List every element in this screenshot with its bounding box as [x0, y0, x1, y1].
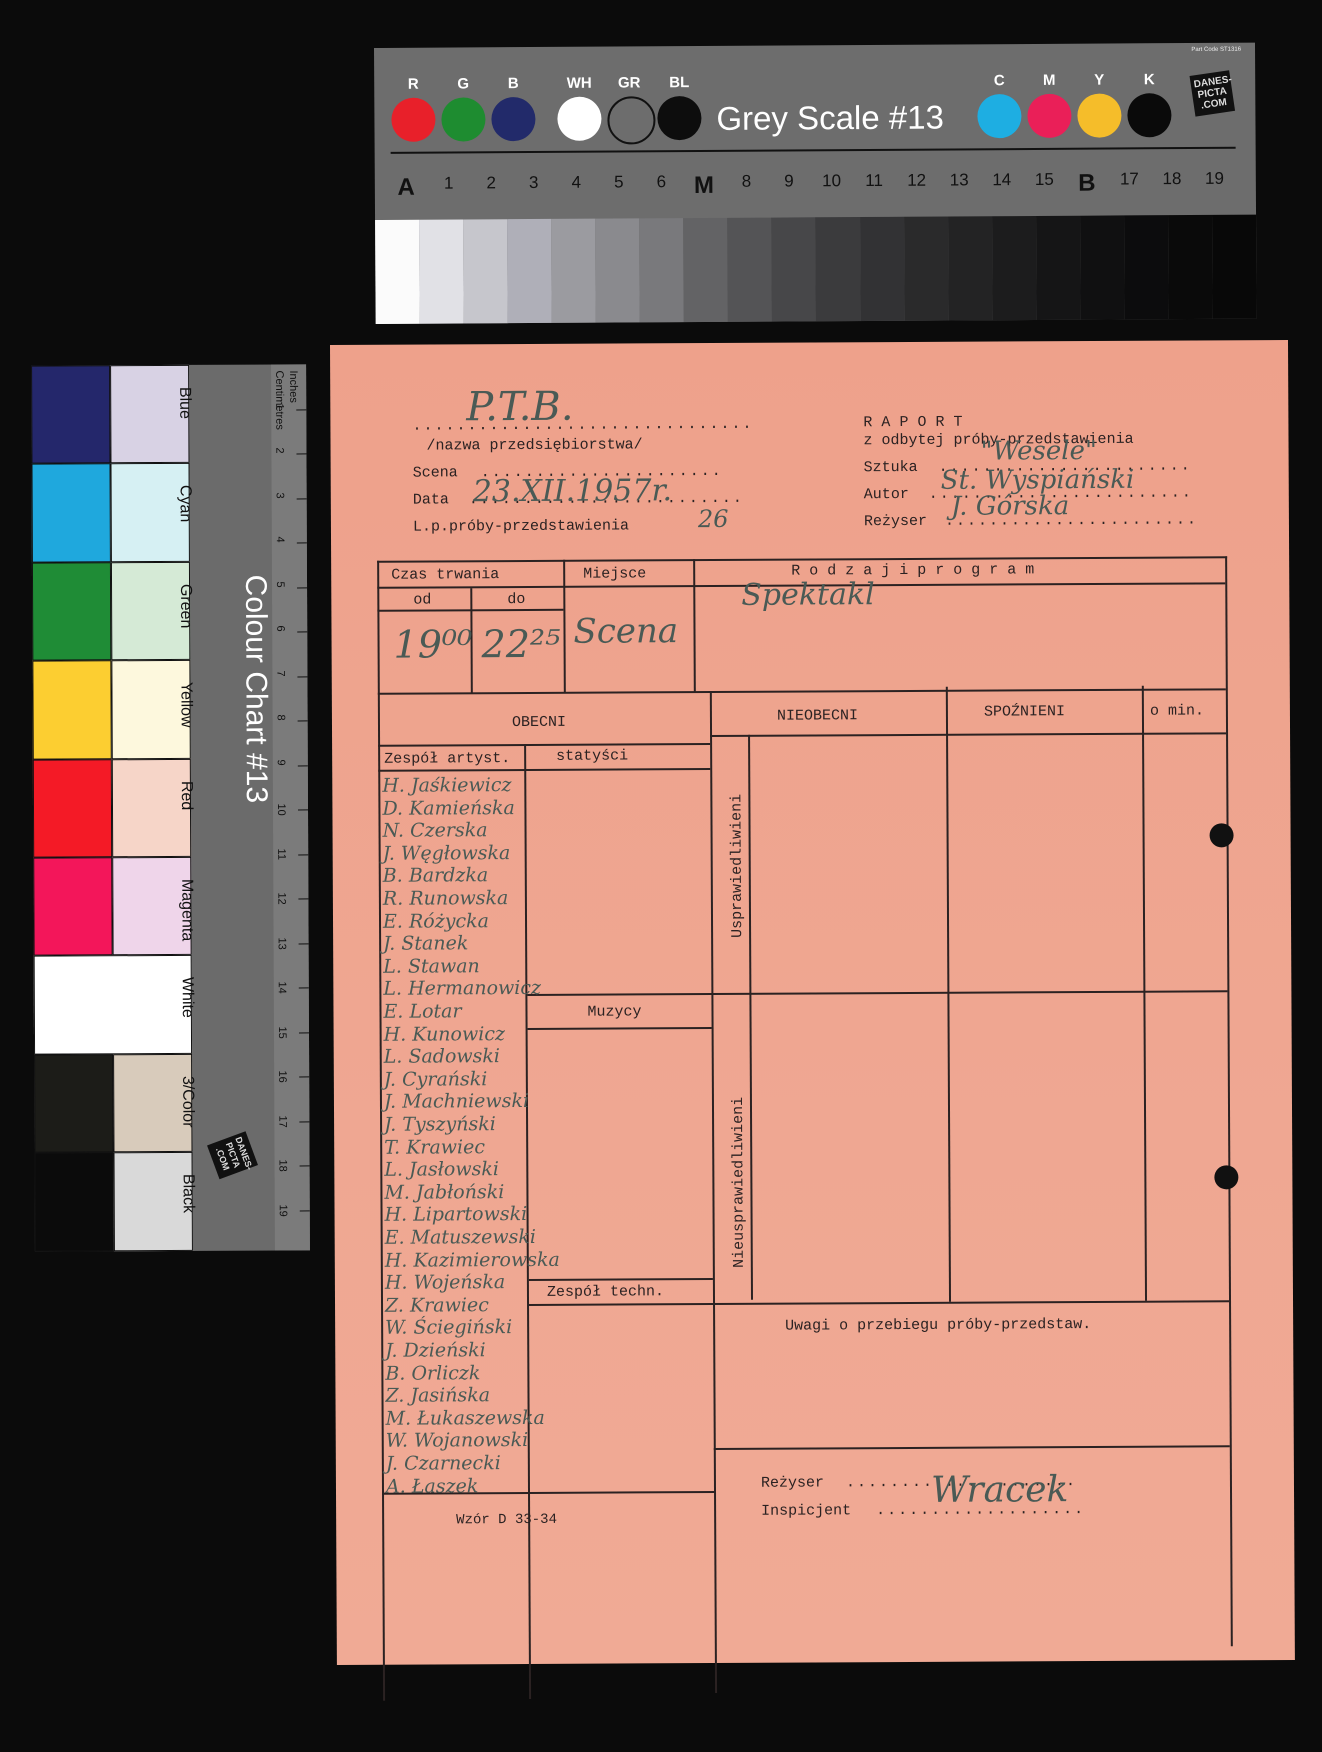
- ruler-tick-mark: [298, 809, 308, 810]
- scale-tick: 15: [1023, 170, 1066, 200]
- scale-tick: 5: [597, 172, 640, 202]
- colour-label-magenta: Magenta: [177, 879, 195, 941]
- statysci-header: statyści: [556, 747, 628, 764]
- cast-member: L. Sadowski: [384, 1045, 500, 1068]
- ruler-cm-tick: 19: [277, 1204, 289, 1216]
- grey-step: [860, 217, 905, 321]
- grey-step: [595, 218, 640, 322]
- grey-step: [1168, 215, 1213, 319]
- scale-tick: 17: [1108, 169, 1151, 199]
- ruler-tick-mark: [300, 1210, 310, 1211]
- scale-tick: 8: [725, 172, 768, 202]
- ruler-cm-tick: 5: [274, 581, 286, 587]
- ruler-tick-mark: [297, 587, 307, 588]
- ruler-tick-mark: [298, 765, 308, 766]
- ruler-cm-tick: 8: [275, 714, 287, 720]
- swatch-blue-dark: [31, 365, 110, 464]
- rgb-g-label: G: [441, 75, 485, 92]
- ruler-cm-label: Centimetres: [273, 370, 285, 429]
- ruler-tick-mark: [297, 676, 307, 677]
- rgb-b-swatch: [491, 97, 535, 141]
- neutral-bl-swatch: [657, 96, 701, 140]
- grey-step: [904, 216, 949, 320]
- autor-label: Autor: [864, 486, 909, 503]
- lp-value: 26: [698, 505, 729, 533]
- scale-tick: 11: [853, 171, 896, 201]
- danes-picta-logo: DANES-PICTA .COM: [1190, 70, 1236, 116]
- footer-rezyser-label: Reżyser: [761, 1474, 824, 1491]
- rgb-r-label: R: [391, 76, 435, 93]
- ruler-cm-tick: 15: [276, 1026, 288, 1038]
- ruler: Inches Centimetres 123456789101112131415…: [271, 364, 310, 1250]
- date-value: 23.XII.1957r.: [473, 473, 672, 509]
- ruler-tick-mark: [299, 1076, 309, 1077]
- ruler-cm-tick: 10: [275, 803, 287, 815]
- grey-ramp: [375, 215, 1257, 324]
- cmyk-m-swatch: [1027, 94, 1071, 138]
- rezyser-label: Reżyser: [864, 513, 927, 530]
- cmyk-k-label: K: [1127, 71, 1171, 88]
- swatch-black-dark: [35, 1152, 114, 1251]
- grey-step: [1124, 215, 1169, 319]
- colour-chart: BlueCyanGreenYellowRedMagentaWhite3/Colo…: [31, 364, 310, 1251]
- sztuka-label: Sztuka: [864, 459, 918, 476]
- grey-step: [463, 219, 508, 323]
- grey-step: [683, 218, 728, 322]
- ruler-cm-tick: 1: [273, 403, 285, 409]
- ruler-cm-tick: 3: [274, 492, 286, 498]
- cast-member: W. Wojanowski: [386, 1429, 529, 1452]
- cast-member: L. Jasłowski: [384, 1158, 499, 1181]
- cmyk-c-swatch: [977, 94, 1021, 138]
- zespol-artyst-header: Zespół artyst.: [384, 750, 510, 768]
- ruler-cm-tick: 6: [274, 625, 286, 631]
- cast-member: W. Ściegiński: [385, 1316, 512, 1339]
- rehearsal-report-form: P.T.B. ............................... /…: [330, 340, 1295, 1665]
- ruler-cm-tick: 18: [277, 1159, 289, 1171]
- ruler-cm-tick: 2: [273, 447, 285, 453]
- nieusprawiedliwieni-label: Nieusprawiedliwieni: [730, 1097, 748, 1268]
- cmyk-y-label: Y: [1077, 71, 1121, 88]
- colour-label-blue: Blue: [175, 387, 193, 419]
- report-title: R A P O R T: [863, 414, 962, 432]
- od-header: od: [413, 591, 431, 608]
- lp-label: L.p.próby-przedstawienia: [413, 517, 629, 535]
- form-code: Wzór D 33-34: [456, 1512, 557, 1529]
- obecni-header: OBECNI: [512, 714, 566, 731]
- czas-trwania-header: Czas trwania: [391, 566, 499, 584]
- cmyk-y-swatch: [1077, 93, 1121, 137]
- scale-tick: 14: [980, 170, 1023, 200]
- cast-member: E. Lotar: [383, 1000, 461, 1022]
- ruler-cm-tick: 11: [275, 848, 287, 859]
- ruler-cm-tick: 4: [274, 536, 286, 542]
- cast-member: J. Dzieński: [385, 1339, 485, 1362]
- scale-tick: 2: [470, 173, 513, 203]
- scale-tick: A: [385, 174, 428, 204]
- neutral-bl-label: BL: [657, 74, 701, 91]
- neutral-gr-label: GR: [607, 74, 651, 91]
- ruler-tick-mark: [300, 1165, 310, 1166]
- do-value: 22²⁵: [481, 622, 560, 666]
- od-value: 19⁰⁰: [393, 622, 472, 666]
- rezyser-value: J. Górska: [951, 491, 1070, 522]
- cast-member: J. Tyszyński: [384, 1113, 496, 1136]
- usprawiedliwieni-label: Usprawiedliwieni: [728, 794, 746, 938]
- ruler-cm-tick: 16: [276, 1070, 288, 1082]
- cast-member: H. Lipartowski: [384, 1203, 527, 1226]
- scale-tick: 10: [810, 171, 853, 201]
- footer-inspicjent-label: Inspicjent: [761, 1502, 851, 1519]
- scale-tick: 3: [512, 173, 555, 203]
- ruler-tick-mark: [296, 453, 306, 454]
- dotted-line: ...............................: [412, 416, 753, 435]
- cast-member: T. Krawiec: [384, 1136, 485, 1159]
- sztuka-value: "Wesele": [980, 436, 1096, 467]
- cast-member: R. Runowska: [383, 887, 509, 910]
- rodzaj-value: Spektakl: [741, 577, 875, 613]
- data-label: Data: [413, 491, 449, 508]
- colour-label-red: Red: [177, 780, 195, 809]
- scale-tick: 4: [555, 173, 598, 203]
- ruler-cm-tick: 7: [274, 670, 286, 676]
- danes-picta-logo: DANES-PICTA .COM: [207, 1131, 258, 1179]
- cast-member: H. Wojeńska: [385, 1271, 505, 1294]
- scale-tick: 13: [938, 170, 981, 200]
- scale-tick: 19: [1193, 169, 1236, 199]
- o-min-header: o min.: [1150, 702, 1204, 719]
- ruler-cm-tick: 9: [275, 759, 287, 765]
- colour-label-3-color: 3/Color: [178, 1076, 196, 1128]
- cast-member: B. Orliczk: [385, 1362, 480, 1384]
- colour-chart-title: Colour Chart #13: [238, 575, 273, 804]
- do-header: do: [507, 591, 525, 608]
- grey-step: [1080, 215, 1125, 319]
- spoznieni-header: SPOŹNIENI: [984, 703, 1065, 720]
- ruler-tick-mark: [299, 987, 309, 988]
- cast-member: B. Bardzka: [383, 865, 489, 888]
- zespol-techn-header: Zespół techn.: [547, 1283, 664, 1301]
- grey-step: [992, 216, 1037, 320]
- scale-tick: 18: [1151, 169, 1194, 199]
- grey-step: [639, 218, 684, 322]
- neutral-wh-label: WH: [557, 75, 601, 92]
- miejsce-value: Scena: [573, 611, 678, 652]
- cast-member: J. Stanek: [383, 932, 468, 954]
- swatch-cyan-dark: [31, 464, 110, 563]
- ruler-tick-mark: [299, 943, 309, 944]
- scale-ticks: A123456M89101112131415B171819: [385, 169, 1236, 204]
- cast-member: Z. Jasińska: [385, 1384, 490, 1407]
- company-label: /nazwa przedsiębiorstwa/: [426, 436, 642, 454]
- muzycy-header: Muzycy: [587, 1003, 641, 1020]
- ruler-tick-mark: [297, 498, 307, 499]
- cast-member: J. Czarnecki: [386, 1452, 501, 1475]
- ruler-tick-mark: [297, 542, 307, 543]
- cast-member: J. Machniewski: [384, 1090, 529, 1113]
- cast-list: H. JaśkiewiczD. KamieńskaN. CzerskaJ. Wę…: [382, 774, 582, 775]
- rgb-b-label: B: [491, 75, 535, 92]
- scale-tick: 12: [895, 171, 938, 201]
- grey-step: [419, 219, 464, 323]
- swatch-3-color-dark: [34, 1054, 113, 1153]
- grey-step: [507, 219, 552, 323]
- cast-member: Z. Krawiec: [385, 1294, 489, 1317]
- cast-member: M. Jabłoński: [384, 1181, 504, 1204]
- swatch-yellow-dark: [32, 660, 111, 759]
- cast-member: H. Kunowicz: [384, 1023, 505, 1046]
- divider-rule: [391, 147, 1236, 154]
- grey-step: [816, 217, 861, 321]
- ruler-tick-mark: [298, 898, 308, 899]
- swatch-white: [34, 955, 192, 1054]
- part-code: Part Code ST1316: [1191, 47, 1241, 54]
- ruler-tick-mark: [296, 409, 306, 410]
- rgb-r-swatch: [391, 98, 435, 142]
- cast-member: H. Jaśkiewicz: [382, 774, 511, 797]
- scale-tick: 9: [768, 171, 811, 201]
- swatch-magenta-dark: [33, 857, 112, 956]
- cast-member: L. Hermanowicz: [383, 977, 541, 1000]
- ruler-tick-mark: [297, 631, 307, 632]
- scale-tick: 6: [640, 172, 683, 202]
- ruler-tick-mark: [299, 1032, 309, 1033]
- neutral-wh-swatch: [557, 97, 601, 141]
- rgb-swatches: [374, 43, 1255, 48]
- ruler-cm-tick: 14: [276, 981, 288, 993]
- miejsce-header: Miejsce: [583, 565, 646, 582]
- cmyk-c-label: C: [977, 72, 1021, 89]
- ruler-inches-label: Inches: [287, 370, 299, 402]
- punch-hole: [1214, 1165, 1238, 1189]
- ruler-cm-tick: 13: [276, 937, 288, 949]
- cast-member: E. Różycka: [383, 910, 489, 933]
- cast-member: N. Czerska: [382, 819, 487, 842]
- cmyk-k-swatch: [1127, 93, 1171, 137]
- grey-step: [771, 217, 816, 321]
- cast-member: A. Łaszek: [386, 1475, 478, 1497]
- inspicjent-signature: Wracek: [931, 1469, 1069, 1511]
- rgb-g-swatch: [441, 97, 485, 141]
- swatch-green-dark: [32, 562, 111, 661]
- ruler-tick-mark: [298, 720, 308, 721]
- grey-scale-title: Grey Scale #13: [716, 99, 944, 138]
- scena-label: Scena: [413, 464, 458, 481]
- ruler-tick-mark: [299, 1121, 309, 1122]
- cast-member: E. Matuszewski: [385, 1226, 536, 1249]
- swatch-red-dark: [33, 759, 112, 858]
- grey-step: [1212, 215, 1257, 319]
- grey-scale-card: Part Code ST1316 Grey Scale #13 DANES-PI…: [374, 43, 1257, 324]
- grey-step: [1036, 216, 1081, 320]
- ruler-tick-mark: [298, 854, 308, 855]
- neutral-gr-swatch: [607, 96, 655, 144]
- punch-hole: [1210, 823, 1234, 847]
- ruler-cm-tick: 12: [275, 892, 287, 904]
- colour-label-yellow: Yellow: [176, 682, 194, 728]
- cast-member: H. Kazimierowska: [385, 1248, 560, 1271]
- grey-step: [551, 219, 596, 323]
- cast-member: J. Węgłowska: [383, 842, 511, 865]
- grey-step: [727, 218, 772, 322]
- grey-step: [948, 216, 993, 320]
- nieobecni-header: NIEOBECNI: [777, 707, 858, 724]
- cast-member: M. Łukaszewska: [386, 1407, 545, 1430]
- cast-member: J. Cyrański: [384, 1068, 488, 1091]
- grey-step: [375, 220, 420, 324]
- colour-label-cyan: Cyan: [176, 485, 194, 522]
- ruler-cm-tick: 17: [276, 1115, 288, 1127]
- scale-tick: 1: [427, 173, 470, 203]
- cmyk-m-label: M: [1027, 72, 1071, 89]
- scale-tick: M: [683, 172, 726, 202]
- scale-tick: B: [1066, 170, 1109, 200]
- colour-swatches: [31, 365, 193, 1252]
- uwagi-label: Uwagi o przebiegu próby-przedstaw.: [785, 1316, 1091, 1335]
- colour-label-white: White: [178, 977, 196, 1018]
- colour-label-green: Green: [176, 584, 194, 629]
- colour-label-black: Black: [179, 1174, 197, 1213]
- cast-member: L. Stawan: [383, 955, 480, 978]
- cast-member: D. Kamieńska: [382, 797, 514, 820]
